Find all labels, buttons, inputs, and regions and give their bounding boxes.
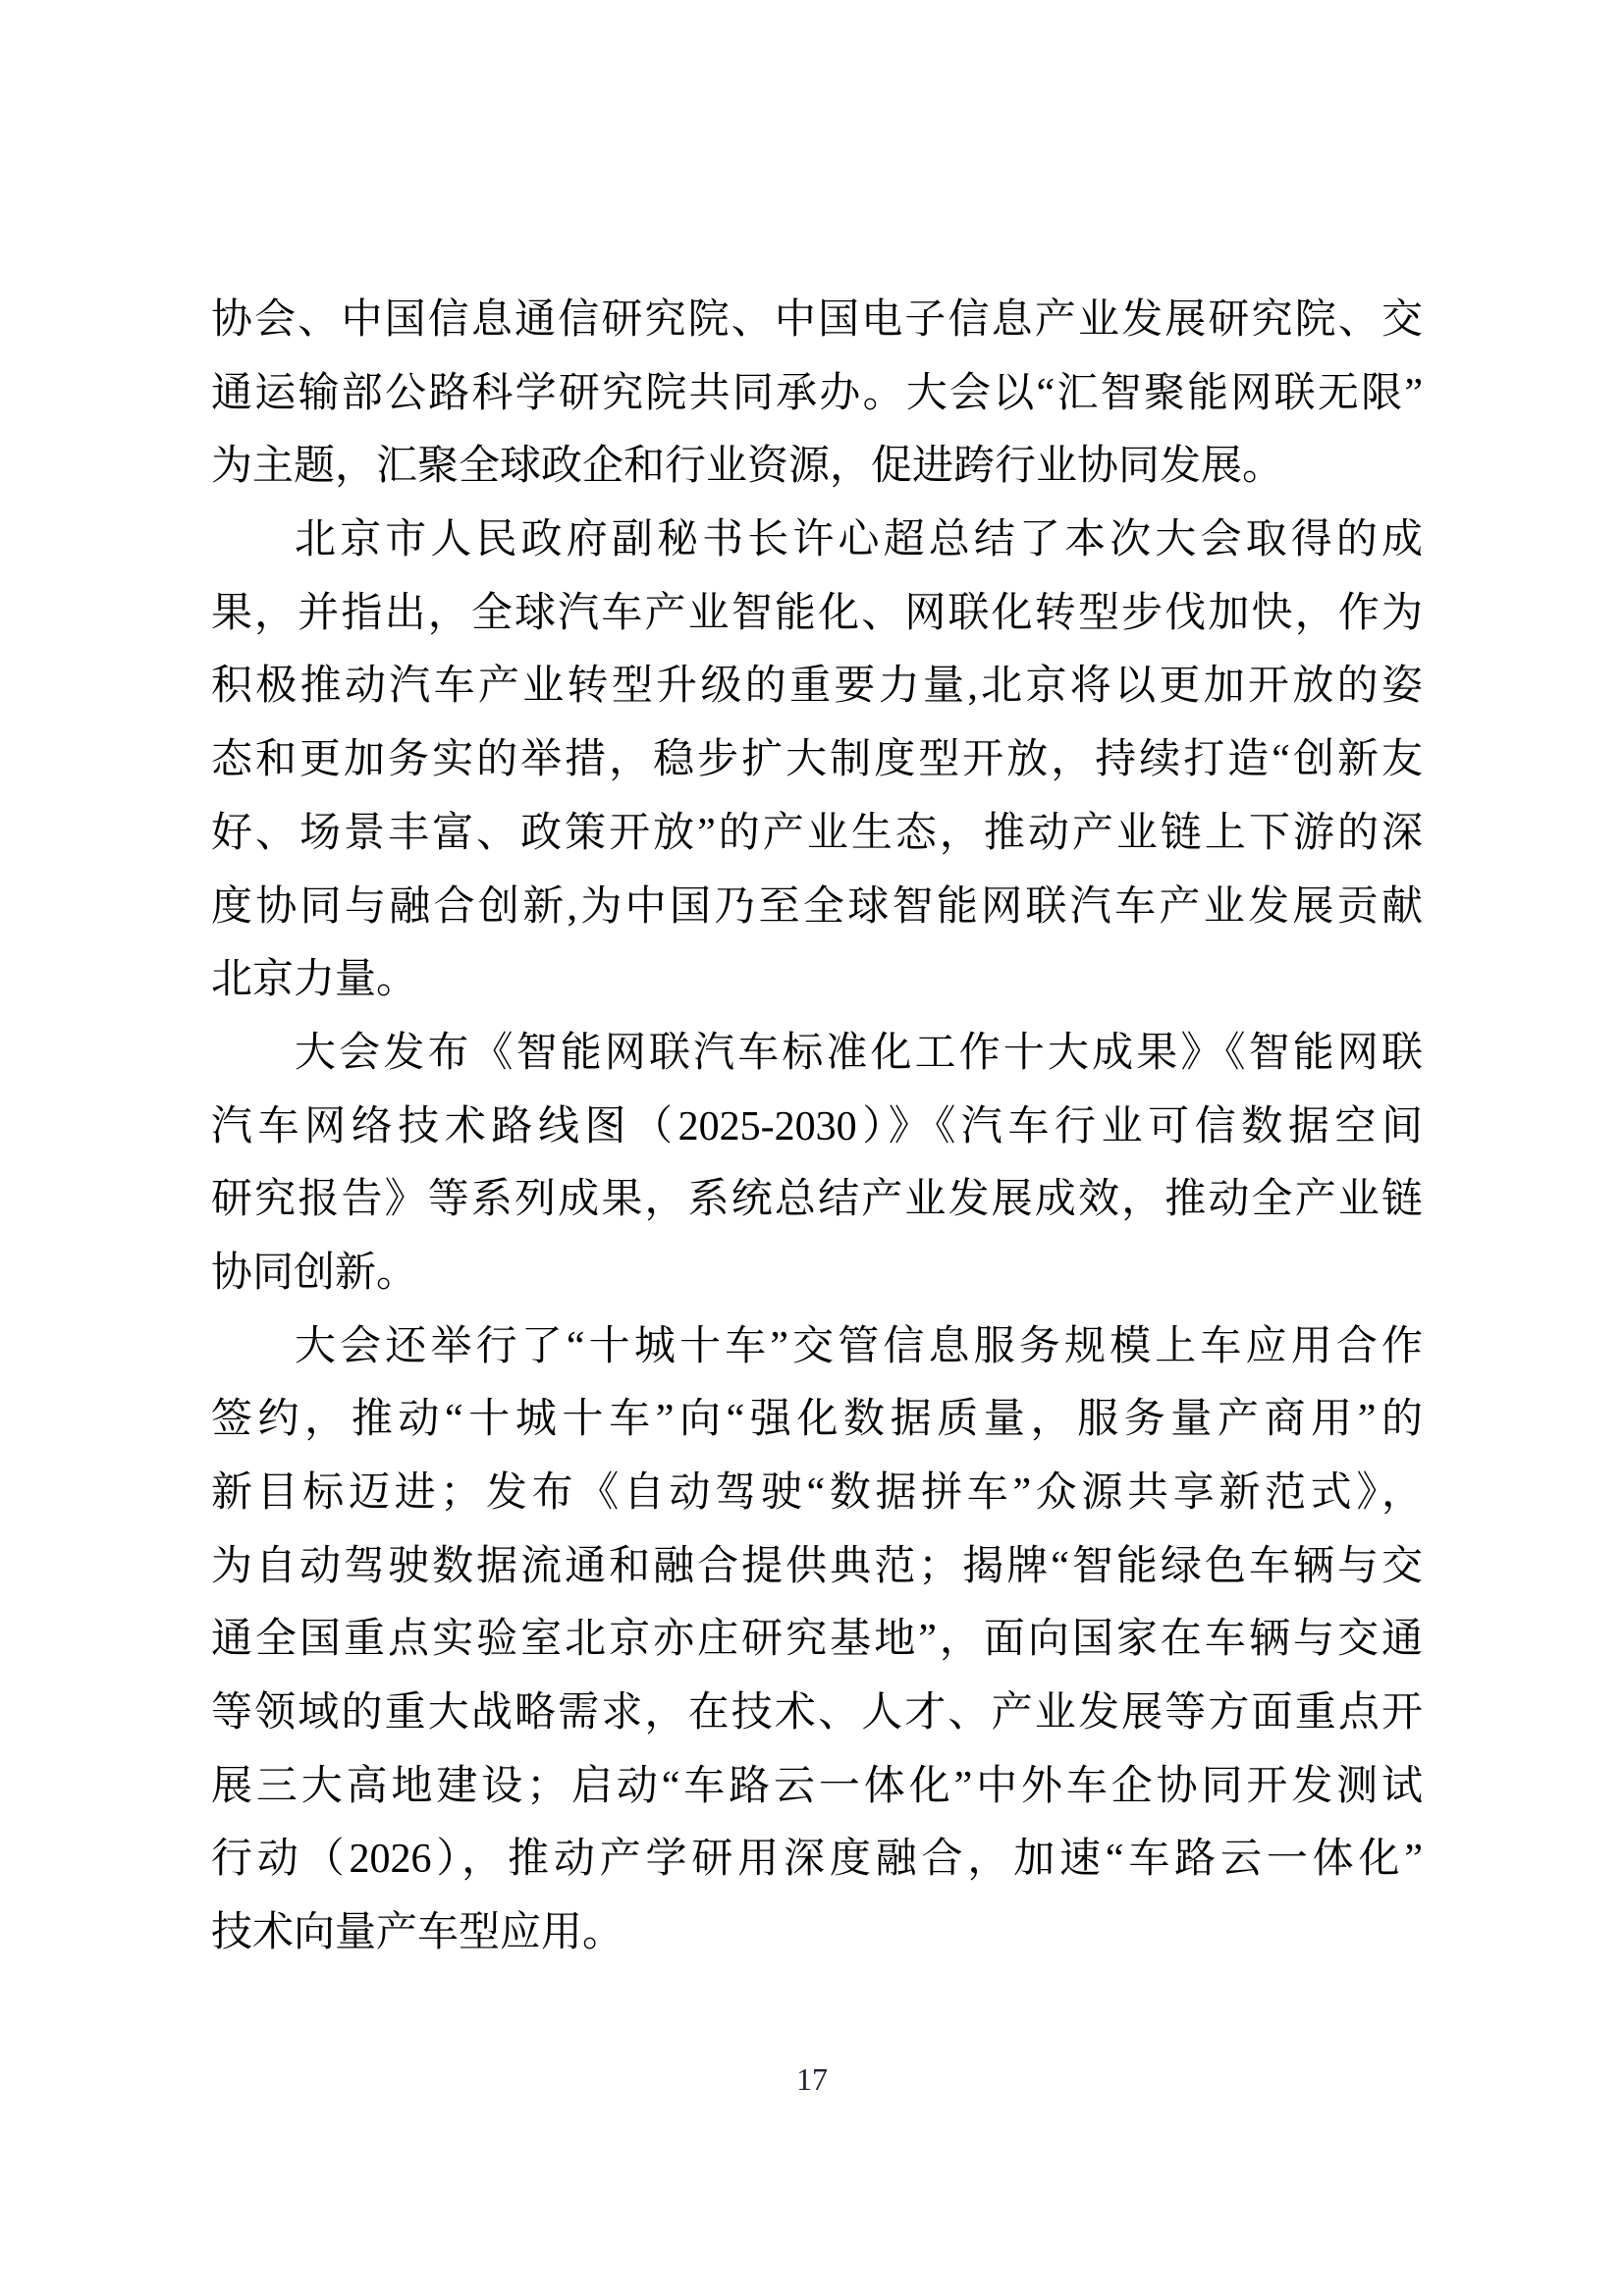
text-line: 技术向量产车型应用。 (211, 1896, 1423, 1970)
text-line: 汽车网络技术路线图（2025-2030）》《汽车行业可信数据空间 (211, 1091, 1423, 1164)
text-line: 大会还举行了“十城十车”交管信息服务规模上车应用合作 (211, 1310, 1423, 1384)
text-line: 通运输部公路科学研究院共同承办。大会以“汇智聚能网联无限” (211, 357, 1423, 431)
text-line: 态和更加务实的举措，稳步扩大制度型开放，持续打造“创新友 (211, 723, 1423, 797)
page-number: 17 (0, 2061, 1624, 2098)
text-line: 协同创新。 (211, 1237, 1423, 1310)
text-line: 为主题，汇聚全球政企和行业资源，促进跨行业协同发展。 (211, 430, 1423, 504)
text-line: 通全国重点实验室北京亦庄研究基地”，面向国家在车辆与交通 (211, 1603, 1423, 1677)
text-line: 协会、中国信息通信研究院、中国电子信息产业发展研究院、交 (211, 284, 1423, 357)
text-line: 为自动驾驶数据流通和融合提供典范；揭牌“智能绿色车辆与交 (211, 1530, 1423, 1604)
text-line: 行动（2026），推动产学研用深度融合，加速“车路云一体化” (211, 1823, 1423, 1896)
text-line: 大会发布《智能网联汽车标准化工作十大成果》《智能网联 (211, 1017, 1423, 1091)
text-line: 展三大高地建设；启动“车路云一体化”中外车企协同开发测试 (211, 1750, 1423, 1824)
text-line: 北京市人民政府副秘书长许心超总结了本次大会取得的成 (211, 504, 1423, 577)
body-text: 协会、中国信息通信研究院、中国电子信息产业发展研究院、交 通运输部公路科学研究院… (211, 284, 1423, 1970)
text-line: 积极推动汽车产业转型升级的重要力量,北京将以更加开放的姿 (211, 650, 1423, 723)
text-line: 果，并指出，全球汽车产业智能化、网联化转型步伐加快，作为 (211, 577, 1423, 651)
text-line: 新目标迈进；发布《自动驾驶“数据拼车”众源共享新范式》， (211, 1457, 1423, 1530)
text-line: 北京力量。 (211, 943, 1423, 1017)
text-line: 等领域的重大战略需求，在技术、人才、产业发展等方面重点开 (211, 1677, 1423, 1750)
document-page: 协会、中国信息通信研究院、中国电子信息产业发展研究院、交 通运输部公路科学研究院… (0, 0, 1624, 2296)
text-line: 研究报告》等系列成果，系统总结产业发展成效，推动全产业链 (211, 1163, 1423, 1237)
text-line: 好、场景丰富、政策开放”的产业生态，推动产业链上下游的深 (211, 797, 1423, 871)
text-line: 度协同与融合创新,为中国乃至全球智能网联汽车产业发展贡献 (211, 871, 1423, 944)
text-line: 签约，推动“十城十车”向“强化数据质量，服务量产商用”的 (211, 1383, 1423, 1457)
